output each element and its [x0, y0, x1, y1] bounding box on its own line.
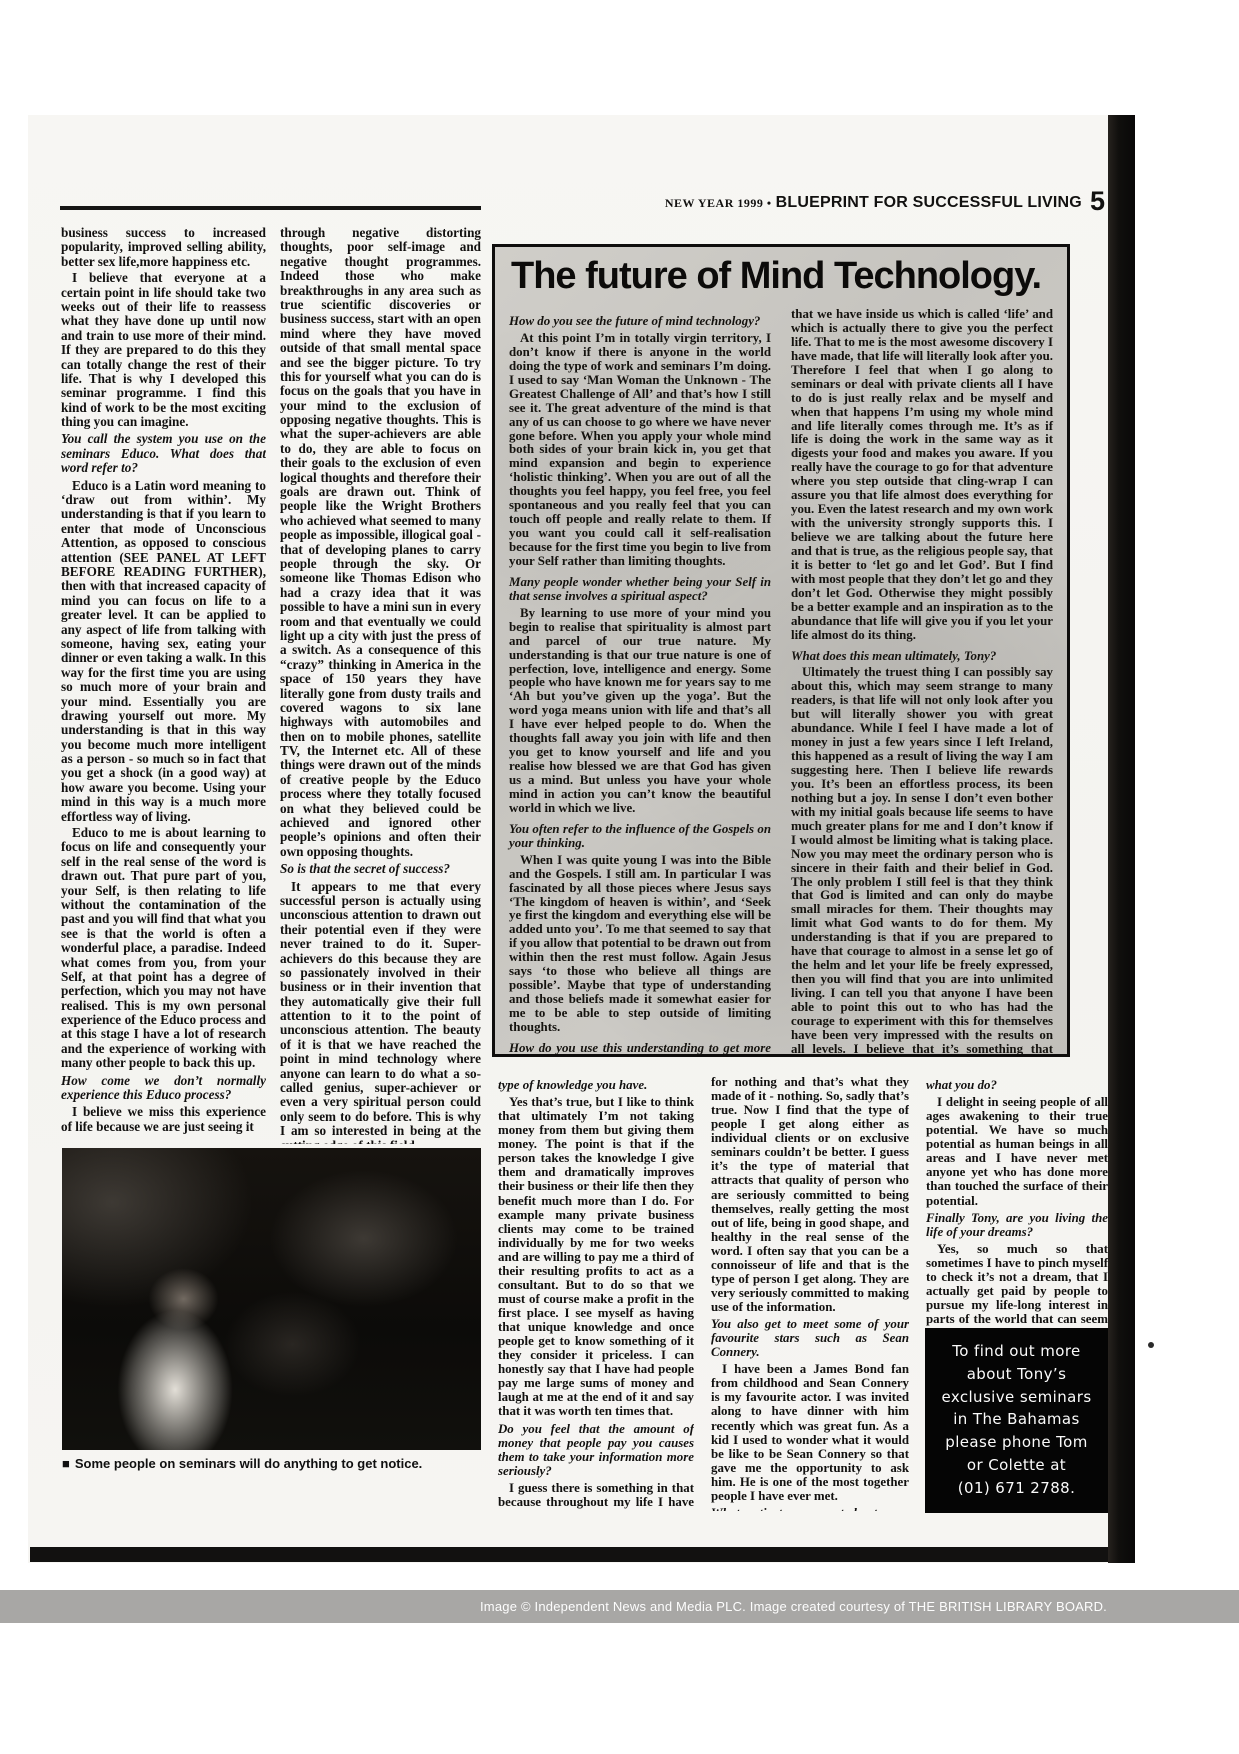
footer-credit-text: Image © Independent News and Media PLC. … [480, 1599, 1107, 1614]
scan-edge-bar-bottom [30, 1547, 1108, 1562]
feature-paragraph: When I was quite young I was into the Bi… [509, 854, 771, 1035]
ad-line: To find out more [931, 1340, 1102, 1363]
article-paragraph: for nothing and that’s what they made of… [711, 1075, 909, 1314]
feature-box: The future of Mind Technology. How do yo… [492, 244, 1070, 1057]
article-paragraph: You also get to meet some of your favour… [711, 1317, 909, 1359]
scan-artifact-dot [1148, 1342, 1154, 1348]
feature-column-right: that we have inside us which is called ‘… [791, 308, 1053, 1057]
article-column-2: through negative distorting thoughts, po… [280, 226, 481, 1144]
caption-square-marker: ■ [62, 1456, 70, 1471]
footer-bar: Image © Independent News and Media PLC. … [0, 1590, 1239, 1623]
seminar-photo [62, 1148, 481, 1450]
bottom-column-b: for nothing and that’s what they made of… [711, 1075, 909, 1511]
photo-caption-text: Some people on seminars will do anything… [75, 1456, 422, 1471]
bottom-column-a: type of knowledge you have.Yes that’s tr… [498, 1075, 694, 1511]
article-paragraph: Finally Tony, are you living the life of… [926, 1211, 1108, 1239]
feature-column-left: How do you see the future of mind techno… [509, 308, 771, 1057]
article-paragraph: Yes, so much so that sometimes I have to… [926, 1242, 1108, 1340]
feature-paragraph: that we have inside us which is called ‘… [791, 308, 1053, 643]
article-paragraph: What motivates you most about [711, 1506, 909, 1511]
header-publication-title: BLUEPRINT FOR SUCCESSFUL LIVING [776, 194, 1082, 211]
article-paragraph: business success to increased popularity… [61, 226, 266, 269]
feature-paragraph: What does this mean ultimately, Tony? [791, 650, 1053, 664]
feature-paragraph: You often refer to the influence of the … [509, 823, 771, 851]
feature-paragraph: By learning to use more of your mind you… [509, 607, 771, 816]
article-paragraph: You call the system you use on the semin… [61, 432, 266, 475]
ad-line: in The Bahamas [931, 1408, 1102, 1431]
feature-paragraph: How do you see the future of mind techno… [509, 315, 771, 329]
article-paragraph: through negative distorting thoughts, po… [280, 226, 481, 859]
article-paragraph: Do you feel that the amount of money tha… [498, 1422, 694, 1478]
article-paragraph: I guess there is something in that becau… [498, 1481, 694, 1511]
article-paragraph: Yes that’s true, but I like to think tha… [498, 1095, 694, 1418]
feature-paragraph: How do you use this understanding to get… [509, 1042, 771, 1057]
ad-line: about Tony’s [931, 1363, 1102, 1386]
seminar-ad-box: To find out moreabout Tony’sexclusive se… [925, 1328, 1108, 1513]
article-column-1: business success to increased popularity… [61, 226, 266, 1144]
header-issue-date: NEW YEAR 1999 • [665, 196, 772, 210]
scan-edge-bar-right [1108, 115, 1135, 1563]
page-header: NEW YEAR 1999 • BLUEPRINT FOR SUCCESSFUL… [560, 186, 1105, 217]
newspaper-page: NEW YEAR 1999 • BLUEPRINT FOR SUCCESSFUL… [0, 0, 1239, 1754]
article-paragraph: So is that the secret of success? [280, 862, 481, 876]
article-paragraph: Educo is a Latin word meaning to ‘draw o… [61, 479, 266, 824]
article-paragraph: what you do? [926, 1078, 1108, 1092]
photo-caption: ■Some people on seminars will do anythin… [62, 1456, 492, 1471]
article-paragraph: I believe we miss this experience of lif… [61, 1105, 266, 1134]
article-paragraph: I have been a James Bond fan from childh… [711, 1362, 909, 1503]
feature-columns: How do you see the future of mind techno… [509, 308, 1053, 1057]
article-paragraph: Educo to me is about learning to focus o… [61, 826, 266, 1071]
feature-paragraph: Many people wonder whether being your Se… [509, 576, 771, 604]
feature-paragraph: At this point I’m in totally virgin terr… [509, 332, 771, 569]
ad-line: please phone Tom [931, 1431, 1102, 1454]
ad-line: exclusive seminars [931, 1386, 1102, 1409]
feature-title: The future of Mind Technology. [511, 255, 1053, 298]
header-page-number: 5 [1090, 186, 1105, 216]
header-rule [60, 206, 481, 210]
article-paragraph: How come we don’t normally experience th… [61, 1074, 266, 1103]
article-paragraph: type of knowledge you have. [498, 1078, 694, 1092]
ad-line: (01) 671 2788. [931, 1477, 1102, 1500]
article-paragraph: I believe that everyone at a certain poi… [61, 271, 266, 429]
article-paragraph: I delight in seeing people of all ages a… [926, 1095, 1108, 1208]
ad-line: or Colette at [931, 1454, 1102, 1477]
feature-paragraph: Ultimately the truest thing I can possib… [791, 666, 1053, 1057]
article-paragraph: It appears to me that every successful p… [280, 880, 481, 1144]
